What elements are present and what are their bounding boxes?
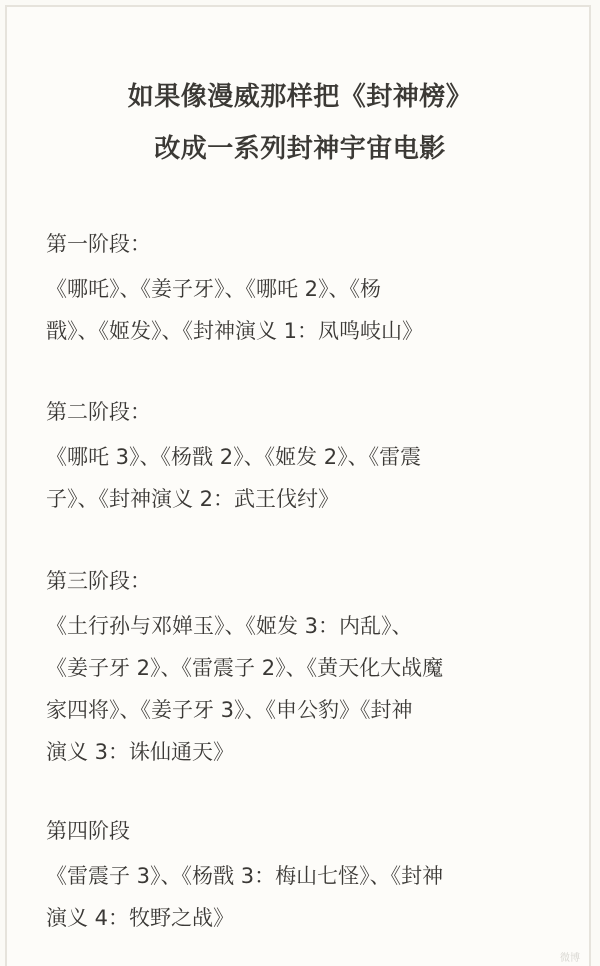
section-body: 《哪吒》、《姜子牙》、《哪吒 2》、《杨 戬》、《姬发》、《封神演义 1：凤鸣岐…	[46, 268, 566, 352]
section-line: 《土行孙与邓婵玉》、《姬发 3：内乱》、	[46, 605, 566, 647]
section-line: 《雷震子 3》、《杨戬 3：梅山七怪》、《封神	[46, 855, 566, 897]
section-phase-1: 第一阶段： 《哪吒》、《姜子牙》、《哪吒 2》、《杨 戬》、《姬发》、《封神演义…	[46, 230, 566, 352]
section-line: 演义 3：诛仙通天》	[46, 731, 566, 773]
section-phase-3: 第三阶段： 《土行孙与邓婵玉》、《姬发 3：内乱》、 《姜子牙 2》、《雷震子 …	[46, 567, 566, 773]
section-body: 《雷震子 3》、《杨戬 3：梅山七怪》、《封神 演义 4：牧野之战》	[46, 855, 566, 939]
document-page: 如果像漫威那样把《封神榜》 改成一系列封神宇宙电影 第一阶段： 《哪吒》、《姜子…	[0, 0, 600, 966]
section-body: 《哪吒 3》、《杨戬 2》、《姬发 2》、《雷震 子》、《封神演义 2：武王伐纣…	[46, 436, 566, 520]
watermark: 微博	[560, 949, 580, 964]
title-line-2: 改成一系列封神宇宙电影	[0, 128, 600, 165]
section-heading: 第二阶段：	[46, 398, 566, 426]
section-line: 子》、《封神演义 2：武王伐纣》	[46, 478, 566, 520]
section-heading: 第三阶段：	[46, 567, 566, 595]
section-phase-2: 第二阶段： 《哪吒 3》、《杨戬 2》、《姬发 2》、《雷震 子》、《封神演义 …	[46, 398, 566, 520]
section-line: 戬》、《姬发》、《封神演义 1：凤鸣岐山》	[46, 310, 566, 352]
section-heading: 第一阶段：	[46, 230, 566, 258]
section-heading: 第四阶段	[46, 817, 566, 845]
section-line: 演义 4：牧野之战》	[46, 897, 566, 939]
section-phase-4: 第四阶段 《雷震子 3》、《杨戬 3：梅山七怪》、《封神 演义 4：牧野之战》	[46, 817, 566, 939]
section-line: 家四将》、《姜子牙 3》、《申公豹》《封神	[46, 689, 566, 731]
section-line: 《姜子牙 2》、《雷震子 2》、《黄天化大战魔	[46, 647, 566, 689]
title-line-1: 如果像漫威那样把《封神榜》	[0, 76, 600, 113]
section-line: 《哪吒》、《姜子牙》、《哪吒 2》、《杨	[46, 268, 566, 310]
section-line: 《哪吒 3》、《杨戬 2》、《姬发 2》、《雷震	[46, 436, 566, 478]
section-body: 《土行孙与邓婵玉》、《姬发 3：内乱》、 《姜子牙 2》、《雷震子 2》、《黄天…	[46, 605, 566, 773]
